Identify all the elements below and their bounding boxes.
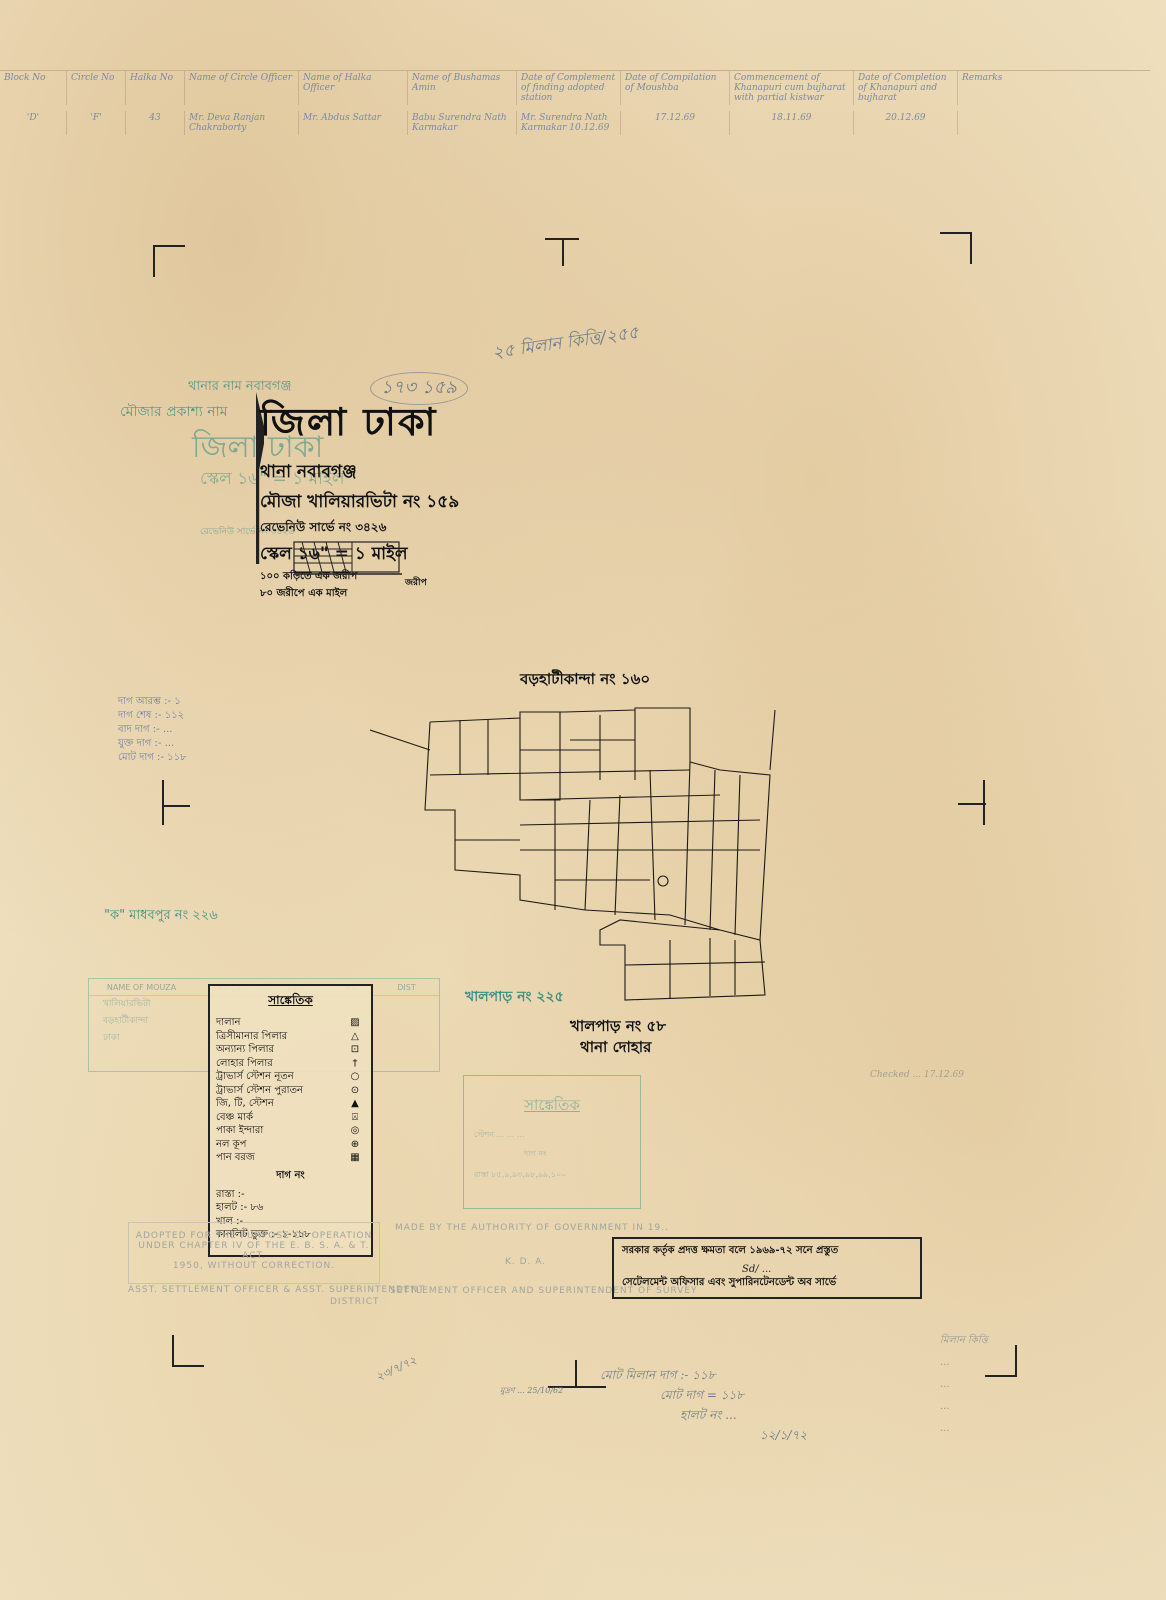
legend-label: জি, টি, স্টেশন (216, 1097, 274, 1111)
legend-row-road: রাস্তা :- (216, 1188, 365, 1202)
pucca-well-icon: ◎ (345, 1124, 365, 1138)
header-register-table: Block No Circle No Halka No Name of Circ… (0, 70, 1150, 161)
traverse-station-old-icon: ⊙ (345, 1084, 365, 1098)
legend-item: নল কূপ⊕ (216, 1138, 365, 1152)
side-mark-left-tick (162, 805, 190, 807)
plot-no-header: দাগ নং (216, 1168, 365, 1185)
adoption-district-line: DISTRICT (330, 1297, 379, 1307)
corner-mark-bottom-left (172, 1335, 204, 1367)
pencil-note-line: মোট মিলান দাগ :- ১১৮ (600, 1365, 807, 1385)
legend-box: সাঙ্কেতিক দালান▨ ত্রিসীমানার পিলার△ অন্য… (208, 984, 373, 1257)
neighbor-west-label: "ক" মাধবপুর নং ২২৬ (104, 906, 218, 927)
cell-finding-date: Mr. Surendra Nath Karmakar 10.12.69 (517, 111, 621, 135)
cell-halka: 43 (126, 111, 185, 135)
legend-row-halot: হালট :- ৮৬ (216, 1201, 365, 1215)
legend-label: দালান (216, 1016, 240, 1030)
tube-well-icon: ⊕ (345, 1138, 365, 1152)
center-mark-top-tick (562, 238, 564, 266)
summary-end: দাগ শেষ :- ১১২ (118, 709, 187, 723)
old-legend-row: স্টেশন ... ... ... (464, 1119, 640, 1142)
cell-halka-officer: Mr. Abdus Sattar (299, 111, 408, 135)
cadastral-plot-map[interactable] (370, 700, 790, 1010)
legend-item: পাকা ইন্দারা◎ (216, 1124, 365, 1138)
legend-item: অন্যান্য পিলার⊡ (216, 1043, 365, 1057)
pencil-note-line: ... (940, 1352, 988, 1374)
legend-item: ত্রিসীমানার পিলার△ (216, 1030, 365, 1044)
cell-remarks (958, 111, 1056, 135)
col-halka: Halka No (126, 71, 185, 105)
legend-item: জি, টি, স্টেশন▲ (216, 1097, 365, 1111)
old-legend-title: সাঙ্কেতিক (464, 1094, 640, 1119)
col-amin: Name of Bushamas Amin (408, 71, 517, 105)
legend-label: পান বরজ (216, 1151, 255, 1165)
cell-amin: Babu Surendra Nath Karmakar (408, 111, 517, 135)
col-compilation: Date of Compilation of Moushba (621, 71, 730, 105)
register-data-row: 'D' 'F' 43 Mr. Deva Ranjan Chakraborty M… (0, 111, 1150, 135)
pencil-note-line: হালট নং ... (680, 1405, 807, 1425)
adoption-stamp: ADOPTED FOR THE PURPOSE OF OPERATION UND… (128, 1222, 380, 1284)
legend-item: ট্রাভার্স স্টেশন পুরাতন⊙ (216, 1084, 365, 1098)
corner-mark-top-right (940, 232, 972, 264)
officer-signature: Sd/ ... (742, 1264, 912, 1275)
col-remarks: Remarks (958, 71, 1056, 105)
betel-garden-icon: ▦ (345, 1151, 365, 1165)
register-header-row: Block No Circle No Halka No Name of Circ… (0, 71, 1150, 105)
legend-label: পাকা ইন্দারা (216, 1124, 263, 1138)
stamp-col-dist: DIST (379, 983, 434, 992)
thana-line: থানা নবাবগঞ্জ (260, 459, 560, 487)
iron-pillar-icon: † (345, 1057, 365, 1071)
adoption-line-3: 1950, WITHOUT CORRECTION. (129, 1261, 379, 1271)
legend-label: নল কূপ (216, 1138, 246, 1152)
cell-compilation: 17.12.69 (621, 111, 730, 135)
adoption-line-1: ADOPTED FOR THE PURPOSE OF OPERATION (129, 1231, 379, 1241)
authority-signature-box: সরকার কর্তৃক প্রদত্ত ক্ষমতা বলে ১৯৬৯-৭২ … (612, 1237, 922, 1299)
summary-total: মোট দাগ :- ১১৮ (118, 751, 187, 765)
cell-completion: 20.12.69 (854, 111, 958, 135)
legend-item: ট্রাভার্স স্টেশন নূতন○ (216, 1070, 365, 1084)
legend-item: পান বরজ▦ (216, 1151, 365, 1165)
pencil-note-line: ... (940, 1374, 988, 1396)
side-mark-right-tick (958, 803, 986, 805)
pencil-note-line: ১২/১/৭২ (760, 1425, 807, 1445)
legend-label: ত্রিসীমানার পিলার (216, 1030, 287, 1044)
legend-item: লোহার পিলার† (216, 1057, 365, 1071)
col-circle-officer: Name of Circle Officer (185, 71, 299, 105)
summary-excluded: বাদ দাগ :- ... (118, 723, 187, 737)
pencil-stamp-note: মুদ্রণ ... 25/10/62 (500, 1385, 570, 1398)
cell-commencement: 18.11.69 (730, 111, 854, 135)
col-completion: Date of Completion of Khanapuri and bujh… (854, 71, 958, 105)
corner-mark-top-left (153, 245, 185, 277)
boundary-road-west (370, 730, 430, 750)
legend-label: ট্রাভার্স স্টেশন পুরাতন (216, 1084, 303, 1098)
neighbor-south-thana: থানা দোহার (580, 1036, 651, 1061)
center-mark-bottom (575, 1360, 577, 1388)
mouza-line: মৌজা খালিয়ারভিটা নং ১৫৯ (260, 489, 560, 517)
cell-block: 'D' (0, 111, 67, 135)
summary-added: যুক্ত দাগ :- ... (118, 737, 187, 751)
revenue-sheet-line: রেভেনিউ সার্ভে নং ৩৪২৬ (260, 519, 560, 539)
bench-mark-icon: ⍓ (345, 1111, 365, 1125)
col-halka-officer: Name of Halka Officer (299, 71, 408, 105)
pencil-note-line: মিলান কিত্তি (940, 1330, 988, 1352)
row-label: রাস্তা :- (216, 1188, 245, 1202)
traverse-station-new-icon: ○ (345, 1070, 365, 1084)
legend-title: সাঙ্কেতিক (216, 992, 365, 1012)
made-by-line: MADE BY THE AUTHORITY OF GOVERNMENT IN 1… (395, 1223, 669, 1233)
pencil-right-notes: মিলান কিত্তি ... ... ... ... (940, 1330, 988, 1440)
pencil-note-line: ... (940, 1418, 988, 1440)
legend-label: বেঞ্চ মার্ক (216, 1111, 253, 1125)
pencil-top-note: ২৫ মিলান কিত্তি/২৫৫ (491, 320, 641, 368)
legend-item: বেঞ্চ মার্ক⍓ (216, 1111, 365, 1125)
authority-line: সরকার কর্তৃক প্রদত্ত ক্ষমতা বলে ১৯৬৯-৭২ … (622, 1243, 912, 1260)
pencil-note-line: ... (940, 1396, 988, 1418)
kda-line: K. D. A. (505, 1257, 546, 1267)
col-block: Block No (0, 71, 67, 105)
corner-mark-bottom-right (985, 1345, 1017, 1377)
legend-label: ট্রাভার্স স্টেশন নূতন (216, 1070, 294, 1084)
col-finding-date: Date of Complement of finding adopted st… (517, 71, 621, 105)
old-legend-box: সাঙ্কেতিক স্টেশন ... ... ... দাগ নং রাস্… (463, 1075, 641, 1209)
old-legend-row: রাস্তা ৮৫,৯,৯৩,৯৮,৯৯,১০০ (464, 1161, 640, 1182)
pencil-bottom-center-notes: মোট মিলান দাগ :- ১১৮ মোট দাগ = ১১৮ হালট … (600, 1365, 807, 1445)
trijunction-pillar-icon: △ (345, 1030, 365, 1044)
stamp-col-mouza: NAME OF MOUZA (89, 983, 194, 992)
scale-bar-unit: জরীপ (405, 575, 427, 590)
row-value: ৮৬ (250, 1202, 263, 1213)
old-mouza-public-name: মৌজার প্রকাশ্য নাম (120, 400, 227, 424)
pencil-bottom-left-sign: ২৩/৭/৭২ (373, 1352, 420, 1387)
summary-start: দাগ আরম্ভ :- ১ (118, 695, 187, 709)
col-commencement: Commencement of Khanapuri cum bujharat w… (730, 71, 854, 105)
boundary-road-east (770, 710, 775, 770)
pencil-note-line: মোট দাগ = ১১৮ (660, 1385, 807, 1405)
side-mark-left (162, 780, 164, 825)
adoption-line-2: UNDER CHAPTER IV OF THE E. B. S. A. & T.… (129, 1241, 379, 1261)
old-legend-row: দাগ নং (464, 1142, 640, 1161)
pencil-check-note: Checked ... 17.12.69 (870, 1070, 1040, 1080)
officer-designation: সেটেলমেন্ট অফিসার এবং সুপারিনটেনডেন্ট অব… (622, 1275, 912, 1292)
district-title: জিলা ঢাকা (260, 393, 560, 457)
row-label: হালট :- (216, 1202, 247, 1213)
cell-circle: 'F' (67, 111, 126, 135)
cell-circle-officer: Mr. Deva Ranjan Chakraborty (185, 111, 299, 135)
plot-summary-notes: দাগ আরম্ভ :- ১ দাগ শেষ :- ১১২ বাদ দাগ :-… (118, 695, 187, 765)
building-icon: ▨ (345, 1016, 365, 1030)
legend-label: লোহার পিলার (216, 1057, 273, 1071)
legend-label: অন্যান্য পিলার (216, 1043, 274, 1057)
neighbor-north-label: বড়হাটীকান্দা নং ১৬০ (520, 668, 650, 693)
gt-station-icon: ▲ (345, 1097, 365, 1111)
legend-item: দালান▨ (216, 1016, 365, 1030)
col-circle: Circle No (67, 71, 126, 105)
adoption-officer-line: ASST. SETTLEMENT OFFICER & ASST. SUPERIN… (128, 1285, 425, 1295)
other-pillar-icon: ⊡ (345, 1043, 365, 1057)
